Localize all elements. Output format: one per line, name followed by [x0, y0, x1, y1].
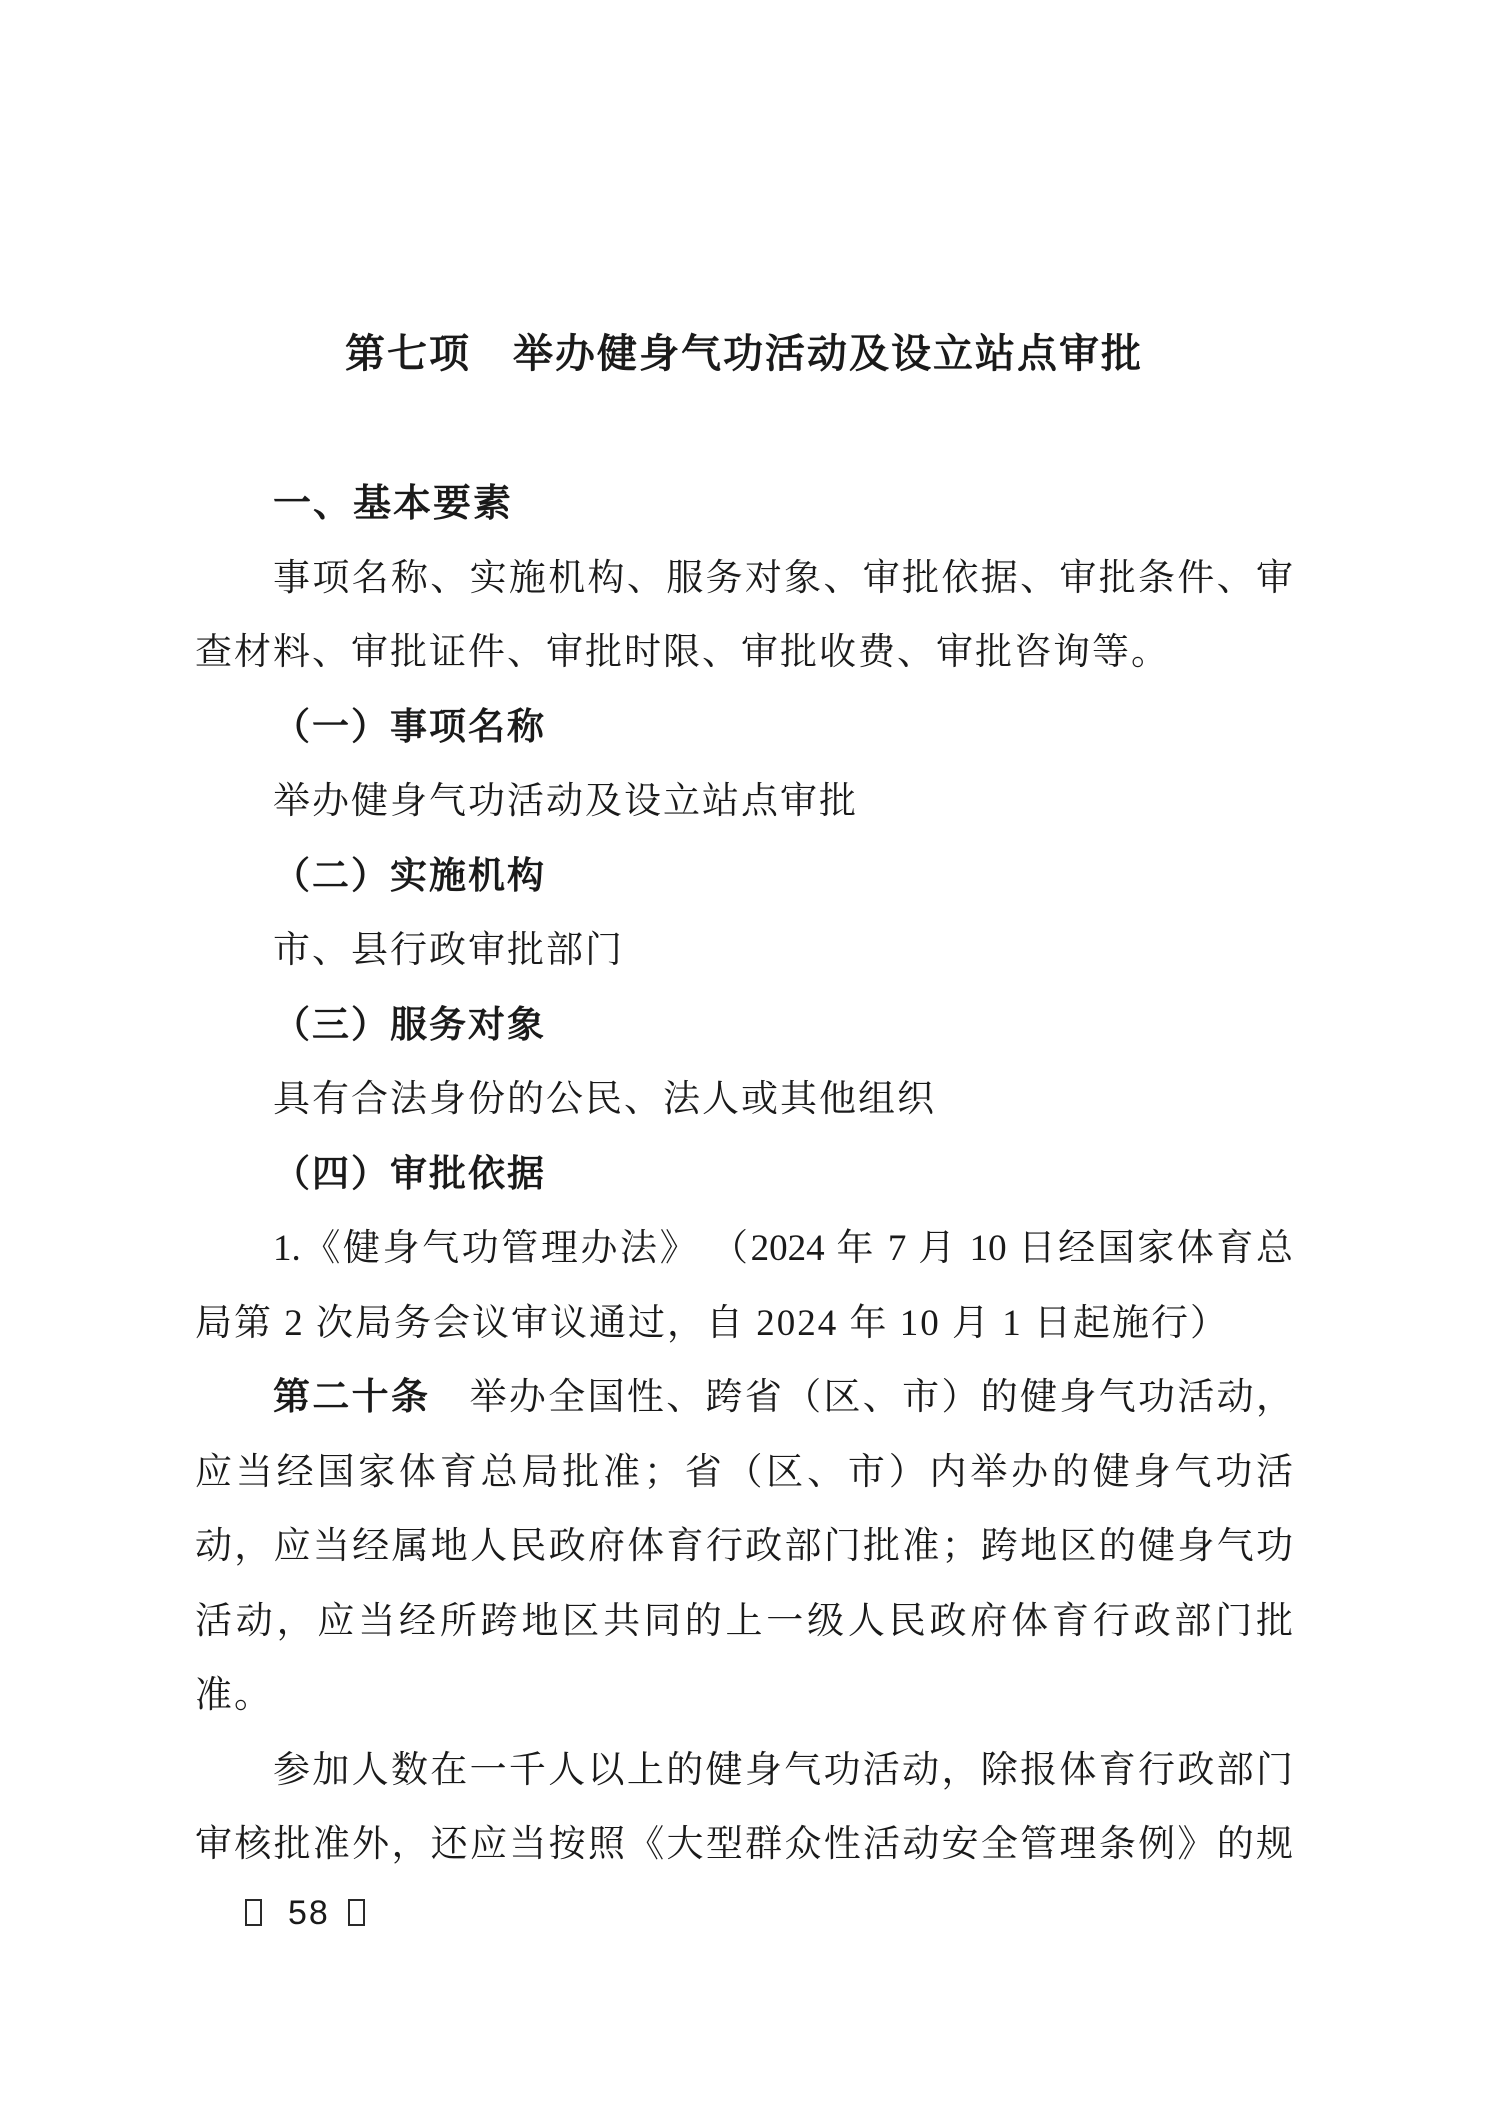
document-title: 第七项 举办健身气功活动及设立站点审批 — [195, 317, 1293, 392]
page-number: 58 — [288, 1894, 330, 1932]
paragraph-line: 具有合法身份的公民、法人或其他组织 — [195, 1063, 1293, 1138]
paragraph-line: 准。 — [195, 1659, 1293, 1734]
paragraph-line: 参加人数在一千人以上的健身气功活动，除报体育行政部门 — [195, 1734, 1293, 1809]
paragraph-line: 活动，应当经所跨地区共同的上一级人民政府体育行政部门批 — [195, 1585, 1293, 1660]
section-heading-basic-elements: 一、基本要素 — [195, 467, 1293, 542]
paragraph-line: 第二十条 举办全国性、跨省（区、市）的健身气功活动， — [195, 1361, 1293, 1436]
paragraph-line: 举办健身气功活动及设立站点审批 — [195, 765, 1293, 840]
tofu-box-icon — [348, 1899, 365, 1926]
paragraph-line: 查材料、审批证件、审批时限、审批收费、审批咨询等。 — [195, 616, 1293, 691]
subsection-heading-approval-basis: （四）审批依据 — [195, 1138, 1293, 1213]
paragraph-line: 审核批准外，还应当按照《大型群众性活动安全管理条例》的规 — [195, 1808, 1293, 1883]
paragraph-line: 局第 2 次局务会议审议通过，自 2024 年 10 月 1 日起施行） — [195, 1287, 1293, 1362]
paragraph-line: 1.《健身气功管理办法》 （2024 年 7 月 10 日经国家体育总 — [195, 1212, 1293, 1287]
subsection-heading-implementing-agency: （二）实施机构 — [195, 840, 1293, 915]
subsection-heading-item-name: （一）事项名称 — [195, 691, 1293, 766]
article-20-text: 举办全国性、跨省（区、市）的健身气功活动， — [430, 1377, 1293, 1418]
article-20-label: 第二十条 — [273, 1377, 430, 1418]
paragraph-line: 市、县行政审批部门 — [195, 914, 1293, 989]
page-footer: 58 — [195, 1893, 1293, 1933]
subsection-heading-service-target: （三）服务对象 — [195, 989, 1293, 1064]
document-page: 第七项 举办健身气功活动及设立站点审批 一、基本要素 事项名称、实施机构、服务对… — [0, 0, 1487, 2105]
tofu-box-icon — [245, 1899, 262, 1926]
paragraph-line: 事项名称、实施机构、服务对象、审批依据、审批条件、审 — [195, 542, 1293, 617]
paragraph-line: 应当经国家体育总局批准；省（区、市）内举办的健身气功活 — [195, 1436, 1293, 1511]
paragraph-line: 动，应当经属地人民政府体育行政部门批准；跨地区的健身气功 — [195, 1510, 1293, 1585]
